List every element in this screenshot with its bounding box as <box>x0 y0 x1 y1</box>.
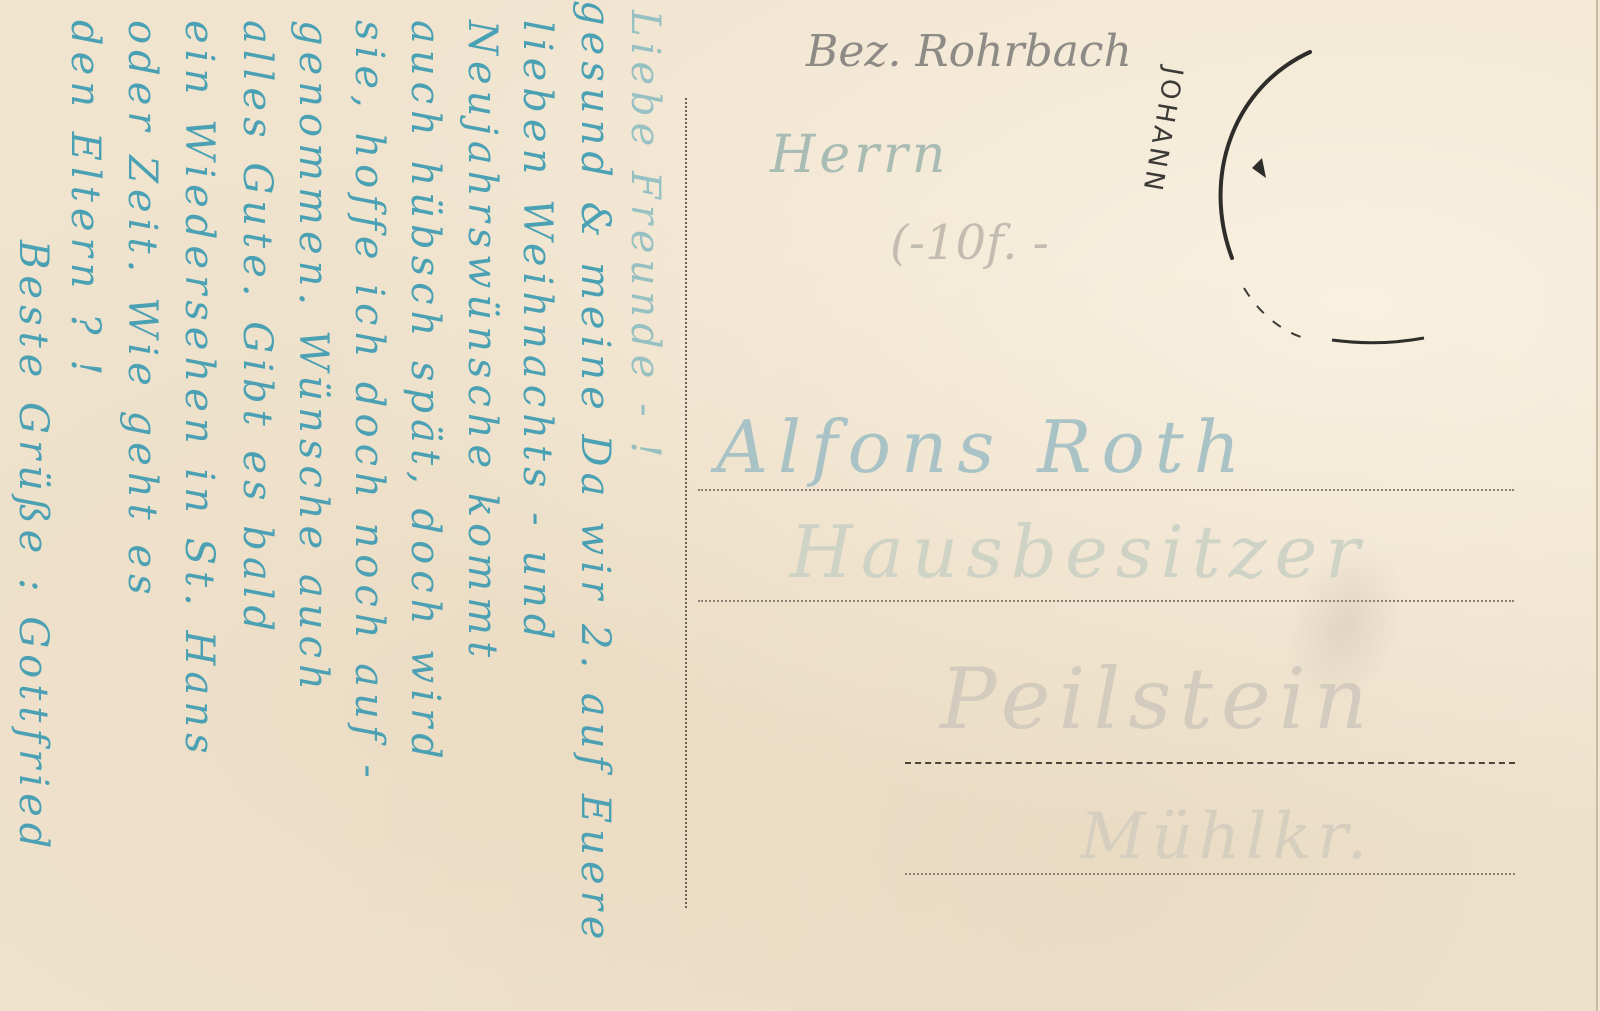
address-occupation: Hausbesitzer <box>790 510 1368 594</box>
message-line: lieben Weihnachts - und <box>514 20 560 646</box>
salutation: Herrn <box>770 125 949 185</box>
message-line: Beste Grüße : Gottfried <box>10 240 56 854</box>
message-line: sie, hoffe ich doch noch auf - <box>346 20 392 784</box>
message-line: genommen. Wünsche auch <box>290 20 336 696</box>
handwritten-message: Liebe Freunde - ! gesund & meine Da wir … <box>0 0 690 1011</box>
postcard-back: Liebe Freunde - ! gesund & meine Da wir … <box>0 0 1598 1011</box>
message-line: Liebe Freunde - ! <box>622 10 668 463</box>
price-note: (-10f. - <box>890 215 1049 271</box>
postmark-text: JOHANN <box>1136 65 1188 197</box>
postmark-circle-icon <box>1192 48 1442 348</box>
message-line: den Eltern ? ! <box>62 20 108 381</box>
message-line: auch hübsch spät, doch wird <box>402 20 448 765</box>
message-line: alles Gute. Gibt es bald <box>234 20 280 637</box>
message-line: oder Zeit. Wie geht es <box>119 20 165 601</box>
address-line-4 <box>905 873 1515 875</box>
message-line: ein Wiedersehen in St. Hans <box>176 20 222 760</box>
address-line-2 <box>698 600 1514 602</box>
center-divider <box>685 98 687 908</box>
address-town: Peilstein <box>940 650 1376 748</box>
district-note: Bez. Rohrbach <box>806 26 1132 77</box>
address-line-1 <box>698 489 1514 491</box>
address-name: Alfons Roth <box>716 405 1250 489</box>
message-line: gesund & meine Da wir 2. auf Euere <box>572 0 618 945</box>
address-region: Mühlkr. <box>1080 800 1373 874</box>
address-line-3 <box>905 762 1515 764</box>
message-line: Neujahrswünsche kommt <box>459 20 505 663</box>
